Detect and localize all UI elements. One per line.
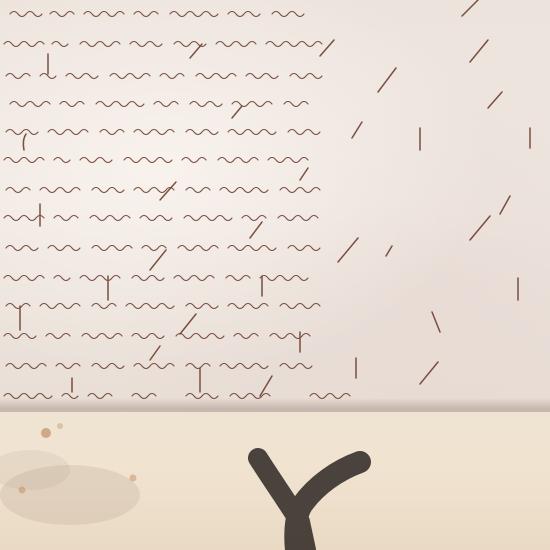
manuscript-photo: Close-up of the lower portion of a manus…	[0, 0, 550, 550]
seal-cord-icon	[0, 0, 550, 550]
